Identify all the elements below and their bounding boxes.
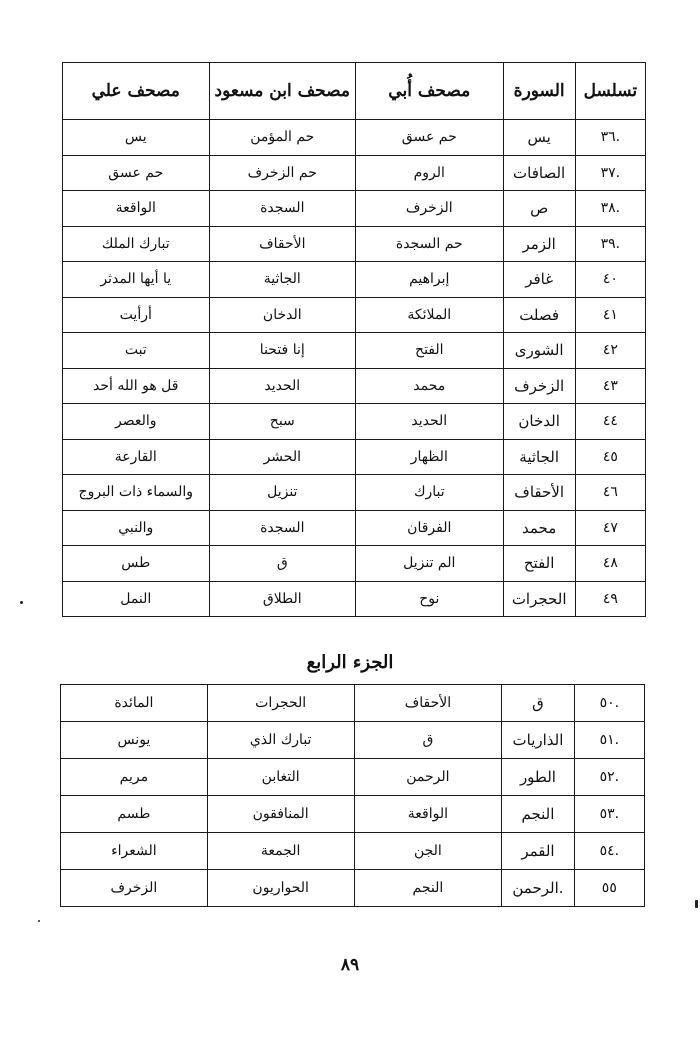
ali-cell: تبت bbox=[63, 333, 210, 369]
ibn-masud-cell: حم المؤمن bbox=[209, 120, 356, 156]
ubay-cell: الظهار bbox=[356, 439, 504, 475]
ibn-masud-cell: الحشر bbox=[209, 439, 356, 475]
surah-cell: الدخان bbox=[503, 404, 575, 440]
sequence-cell: .٣٨ bbox=[575, 191, 645, 227]
table-row: ٤٢الشورىالفتحإنا فتحناتبت bbox=[63, 333, 646, 369]
ali-cell: طس bbox=[63, 546, 210, 582]
table-row: ٤٦الأحقافتباركتنزيلوالسماء ذات البروج bbox=[63, 475, 646, 511]
sequence-cell: ٤٥ bbox=[575, 439, 645, 475]
surah-cell: الذاريات bbox=[502, 722, 574, 759]
scan-speck bbox=[20, 601, 23, 604]
ibn-masud-cell: السجدة bbox=[209, 510, 356, 546]
sequence-cell: ٤٠ bbox=[575, 262, 645, 298]
surah-cell: الشورى bbox=[503, 333, 575, 369]
sequence-cell: .٣٦ bbox=[575, 120, 645, 156]
surah-order-table-part4: .٥٠قالأحقافالحجراتالمائدة.٥١الذارياتقتبا… bbox=[60, 684, 645, 907]
ali-cell: الزخرف bbox=[61, 870, 208, 907]
sequence-cell: .٣٩ bbox=[575, 226, 645, 262]
sequence-cell: ٤٢ bbox=[575, 333, 645, 369]
table-row: .٣٨صالزخرفالسجدةالواقعة bbox=[63, 191, 646, 227]
ubay-cell: محمد bbox=[356, 368, 504, 404]
table-row: .٥١الذارياتقتبارك الذييونس bbox=[61, 722, 645, 759]
surah-cell: الطور bbox=[502, 759, 574, 796]
ubay-cell: الجن bbox=[354, 833, 502, 870]
ibn-masud-cell: ق bbox=[209, 546, 356, 582]
ubay-cell: النجم bbox=[354, 870, 502, 907]
table-row: ٤٨الفتحالم تنزيلقطس bbox=[63, 546, 646, 582]
ibn-masud-cell: الطلاق bbox=[209, 581, 356, 617]
ibn-masud-cell: الجمعة bbox=[207, 833, 354, 870]
header-surah: السورة bbox=[503, 63, 575, 120]
table-row: .٣٧الصافاتالرومحم الزخرفحم عسق bbox=[63, 155, 646, 191]
surah-cell: الزخرف bbox=[503, 368, 575, 404]
ali-cell: يا أيها المدثر bbox=[63, 262, 210, 298]
ubay-cell: نوح bbox=[356, 581, 504, 617]
ibn-masud-cell: التغابن bbox=[207, 759, 354, 796]
ibn-masud-cell: الحجرات bbox=[207, 685, 354, 722]
table-row: ٤٥الجاثيةالظهارالحشرالقارعة bbox=[63, 439, 646, 475]
table-row: .٣٦يسحم عسقحم المؤمنيس bbox=[63, 120, 646, 156]
sequence-cell: .٥٢ bbox=[574, 759, 644, 796]
table-row: ٥٥.الرحمنالنجمالحواريونالزخرف bbox=[61, 870, 645, 907]
sequence-cell: .٥٤ bbox=[574, 833, 644, 870]
table-row: ٤٩الحجراتنوحالطلاقالنمل bbox=[63, 581, 646, 617]
ibn-masud-cell: سبح bbox=[209, 404, 356, 440]
ubay-cell: الأحقاف bbox=[354, 685, 502, 722]
section-title: الجزء الرابع bbox=[0, 652, 700, 673]
ibn-masud-cell: تنزيل bbox=[209, 475, 356, 511]
surah-order-table-part3: تسلسل السورة مصحف أُبي مصحف ابن مسعود مص… bbox=[62, 62, 646, 617]
surah-cell: الحجرات bbox=[503, 581, 575, 617]
ubay-cell: الحديد bbox=[356, 404, 504, 440]
table-row: .٣٩الزمرحم السجدةالأحقافتبارك الملك bbox=[63, 226, 646, 262]
surah-cell: محمد bbox=[503, 510, 575, 546]
table-row: .٥٤القمرالجنالجمعةالشعراء bbox=[61, 833, 645, 870]
table-row: ٤١فصلتالملائكةالدخانأرأيت bbox=[63, 297, 646, 333]
ali-cell: الواقعة bbox=[63, 191, 210, 227]
sequence-cell: ٤٩ bbox=[575, 581, 645, 617]
sequence-cell: ٤٤ bbox=[575, 404, 645, 440]
table-row: .٥٢الطورالرحمنالتغابنمريم bbox=[61, 759, 645, 796]
sequence-cell: ٥٥ bbox=[574, 870, 644, 907]
ibn-masud-cell: الجاثية bbox=[209, 262, 356, 298]
table-row: .٥٠قالأحقافالحجراتالمائدة bbox=[61, 685, 645, 722]
sequence-cell: .٥٣ bbox=[574, 796, 644, 833]
ali-cell: يونس bbox=[61, 722, 208, 759]
table-row: ٤٠غافرإبراهيمالجاثيةيا أيها المدثر bbox=[63, 262, 646, 298]
surah-cell: الجاثية bbox=[503, 439, 575, 475]
header-sequence: تسلسل bbox=[575, 63, 645, 120]
ubay-cell: الفرقان bbox=[356, 510, 504, 546]
ali-cell: حم عسق bbox=[63, 155, 210, 191]
ali-cell: والنبي bbox=[63, 510, 210, 546]
ibn-masud-cell: المنافقون bbox=[207, 796, 354, 833]
surah-cell: الصافات bbox=[503, 155, 575, 191]
header-mushaf-ibn-masud: مصحف ابن مسعود bbox=[209, 63, 356, 120]
header-mushaf-ali: مصحف علي bbox=[63, 63, 210, 120]
table-header-row: تسلسل السورة مصحف أُبي مصحف ابن مسعود مص… bbox=[63, 63, 646, 120]
ubay-cell: إبراهيم bbox=[356, 262, 504, 298]
scan-speck bbox=[695, 900, 698, 908]
surah-cell: الزمر bbox=[503, 226, 575, 262]
ubay-cell: الفتح bbox=[356, 333, 504, 369]
table-row: ٤٣الزخرفمحمدالحديدقل هو الله أحد bbox=[63, 368, 646, 404]
sequence-cell: .٥١ bbox=[574, 722, 644, 759]
sequence-cell: ٤٨ bbox=[575, 546, 645, 582]
ubay-cell: الزخرف bbox=[356, 191, 504, 227]
sequence-cell: ٤٦ bbox=[575, 475, 645, 511]
ali-cell: طسم bbox=[61, 796, 208, 833]
ubay-cell: الواقعة bbox=[354, 796, 502, 833]
sequence-cell: .٥٠ bbox=[574, 685, 644, 722]
surah-cell: القمر bbox=[502, 833, 574, 870]
ali-cell: المائدة bbox=[61, 685, 208, 722]
ubay-cell: الروم bbox=[356, 155, 504, 191]
sequence-cell: ٤٣ bbox=[575, 368, 645, 404]
surah-cell: الأحقاف bbox=[503, 475, 575, 511]
ali-cell: القارعة bbox=[63, 439, 210, 475]
ibn-masud-cell: الأحقاف bbox=[209, 226, 356, 262]
sequence-cell: ٤٧ bbox=[575, 510, 645, 546]
ali-cell: الشعراء bbox=[61, 833, 208, 870]
ubay-cell: الم تنزيل bbox=[356, 546, 504, 582]
ibn-masud-cell: تبارك الذي bbox=[207, 722, 354, 759]
scan-speck bbox=[38, 920, 40, 922]
ibn-masud-cell: حم الزخرف bbox=[209, 155, 356, 191]
page-number: ٨٩ bbox=[0, 955, 700, 975]
table-row: ٤٤الدخانالحديدسبحوالعصر bbox=[63, 404, 646, 440]
ali-cell: أرأيت bbox=[63, 297, 210, 333]
table-row: ٤٧محمدالفرقانالسجدةوالنبي bbox=[63, 510, 646, 546]
ubay-cell: الرحمن bbox=[354, 759, 502, 796]
ibn-masud-cell: إنا فتحنا bbox=[209, 333, 356, 369]
ali-cell: مريم bbox=[61, 759, 208, 796]
surah-cell: .الرحمن bbox=[502, 870, 574, 907]
ibn-masud-cell: الحواريون bbox=[207, 870, 354, 907]
surah-cell: يس bbox=[503, 120, 575, 156]
surah-cell: ق bbox=[502, 685, 574, 722]
sequence-cell: ٤١ bbox=[575, 297, 645, 333]
surah-cell: ص bbox=[503, 191, 575, 227]
ibn-masud-cell: الدخان bbox=[209, 297, 356, 333]
ubay-cell: حم السجدة bbox=[356, 226, 504, 262]
ubay-cell: ق bbox=[354, 722, 502, 759]
ali-cell: والعصر bbox=[63, 404, 210, 440]
header-mushaf-ubay: مصحف أُبي bbox=[356, 63, 504, 120]
ubay-cell: حم عسق bbox=[356, 120, 504, 156]
ali-cell: يس bbox=[63, 120, 210, 156]
surah-cell: فصلت bbox=[503, 297, 575, 333]
ibn-masud-cell: السجدة bbox=[209, 191, 356, 227]
ubay-cell: تبارك bbox=[356, 475, 504, 511]
ali-cell: النمل bbox=[63, 581, 210, 617]
surah-cell: الفتح bbox=[503, 546, 575, 582]
ali-cell: والسماء ذات البروج bbox=[63, 475, 210, 511]
ubay-cell: الملائكة bbox=[356, 297, 504, 333]
ali-cell: تبارك الملك bbox=[63, 226, 210, 262]
ali-cell: قل هو الله أحد bbox=[63, 368, 210, 404]
table-row: .٥٣النجمالواقعةالمنافقونطسم bbox=[61, 796, 645, 833]
surah-cell: النجم bbox=[502, 796, 574, 833]
surah-cell: غافر bbox=[503, 262, 575, 298]
ibn-masud-cell: الحديد bbox=[209, 368, 356, 404]
sequence-cell: .٣٧ bbox=[575, 155, 645, 191]
